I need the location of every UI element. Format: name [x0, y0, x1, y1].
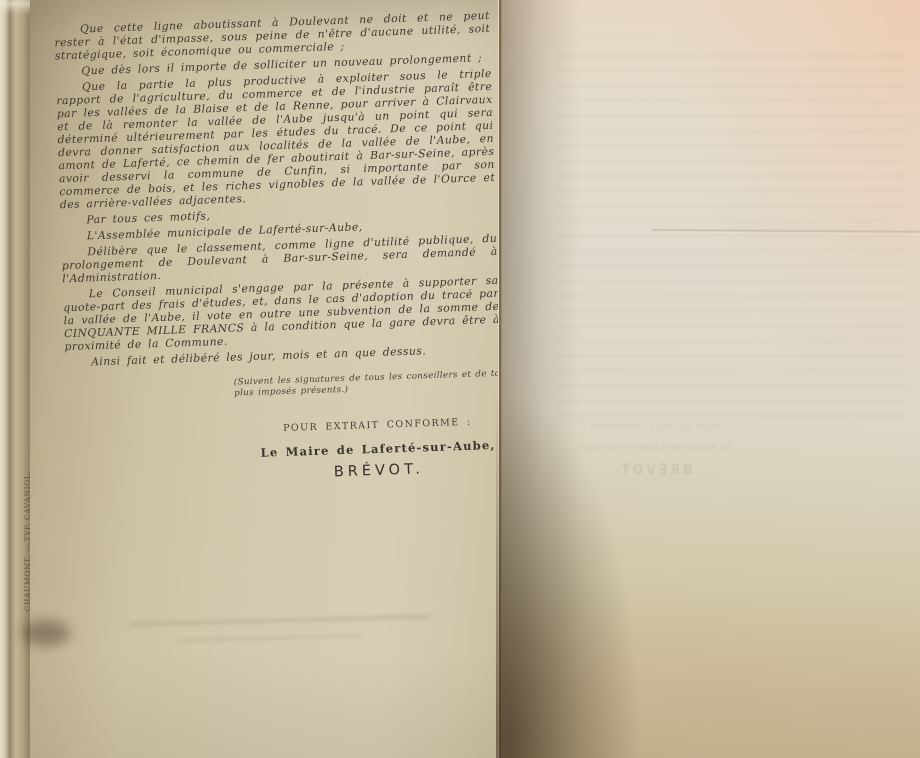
gutter-shadow-bottom: [496, 380, 646, 758]
showthrough-texture: [557, 55, 907, 420]
left-page: Que cette ligne aboutissant à Doulevant …: [30, 0, 502, 758]
open-book-photo: Que cette ligne aboutissant à Doulevant …: [0, 0, 920, 758]
signatory-title: Le Maire de Laferté-sur-Aube,: [213, 437, 543, 461]
paragraph-7: Le Conseil municipal s'engage par la pré…: [63, 274, 501, 353]
certification-line: POUR EXTRAIT CONFORME :: [212, 413, 542, 437]
fold-shadow: [22, 620, 70, 646]
signatory-name: BRÉVOT.: [214, 459, 544, 483]
page-stack-edges: [0, 0, 34, 758]
paragraph-3: Que la partie la plus productive à explo…: [56, 67, 496, 211]
certification-block: POUR EXTRAIT CONFORME : Le Maire de Lafe…: [212, 413, 544, 483]
printer-imprint: CHAUMONT. — TYP. CAVANIOL.: [23, 461, 37, 621]
deliberation-text: Que cette ligne aboutissant à Doulevant …: [54, 9, 505, 488]
showthrough-smudge: [180, 634, 360, 643]
showthrough-smudge: [130, 614, 430, 627]
